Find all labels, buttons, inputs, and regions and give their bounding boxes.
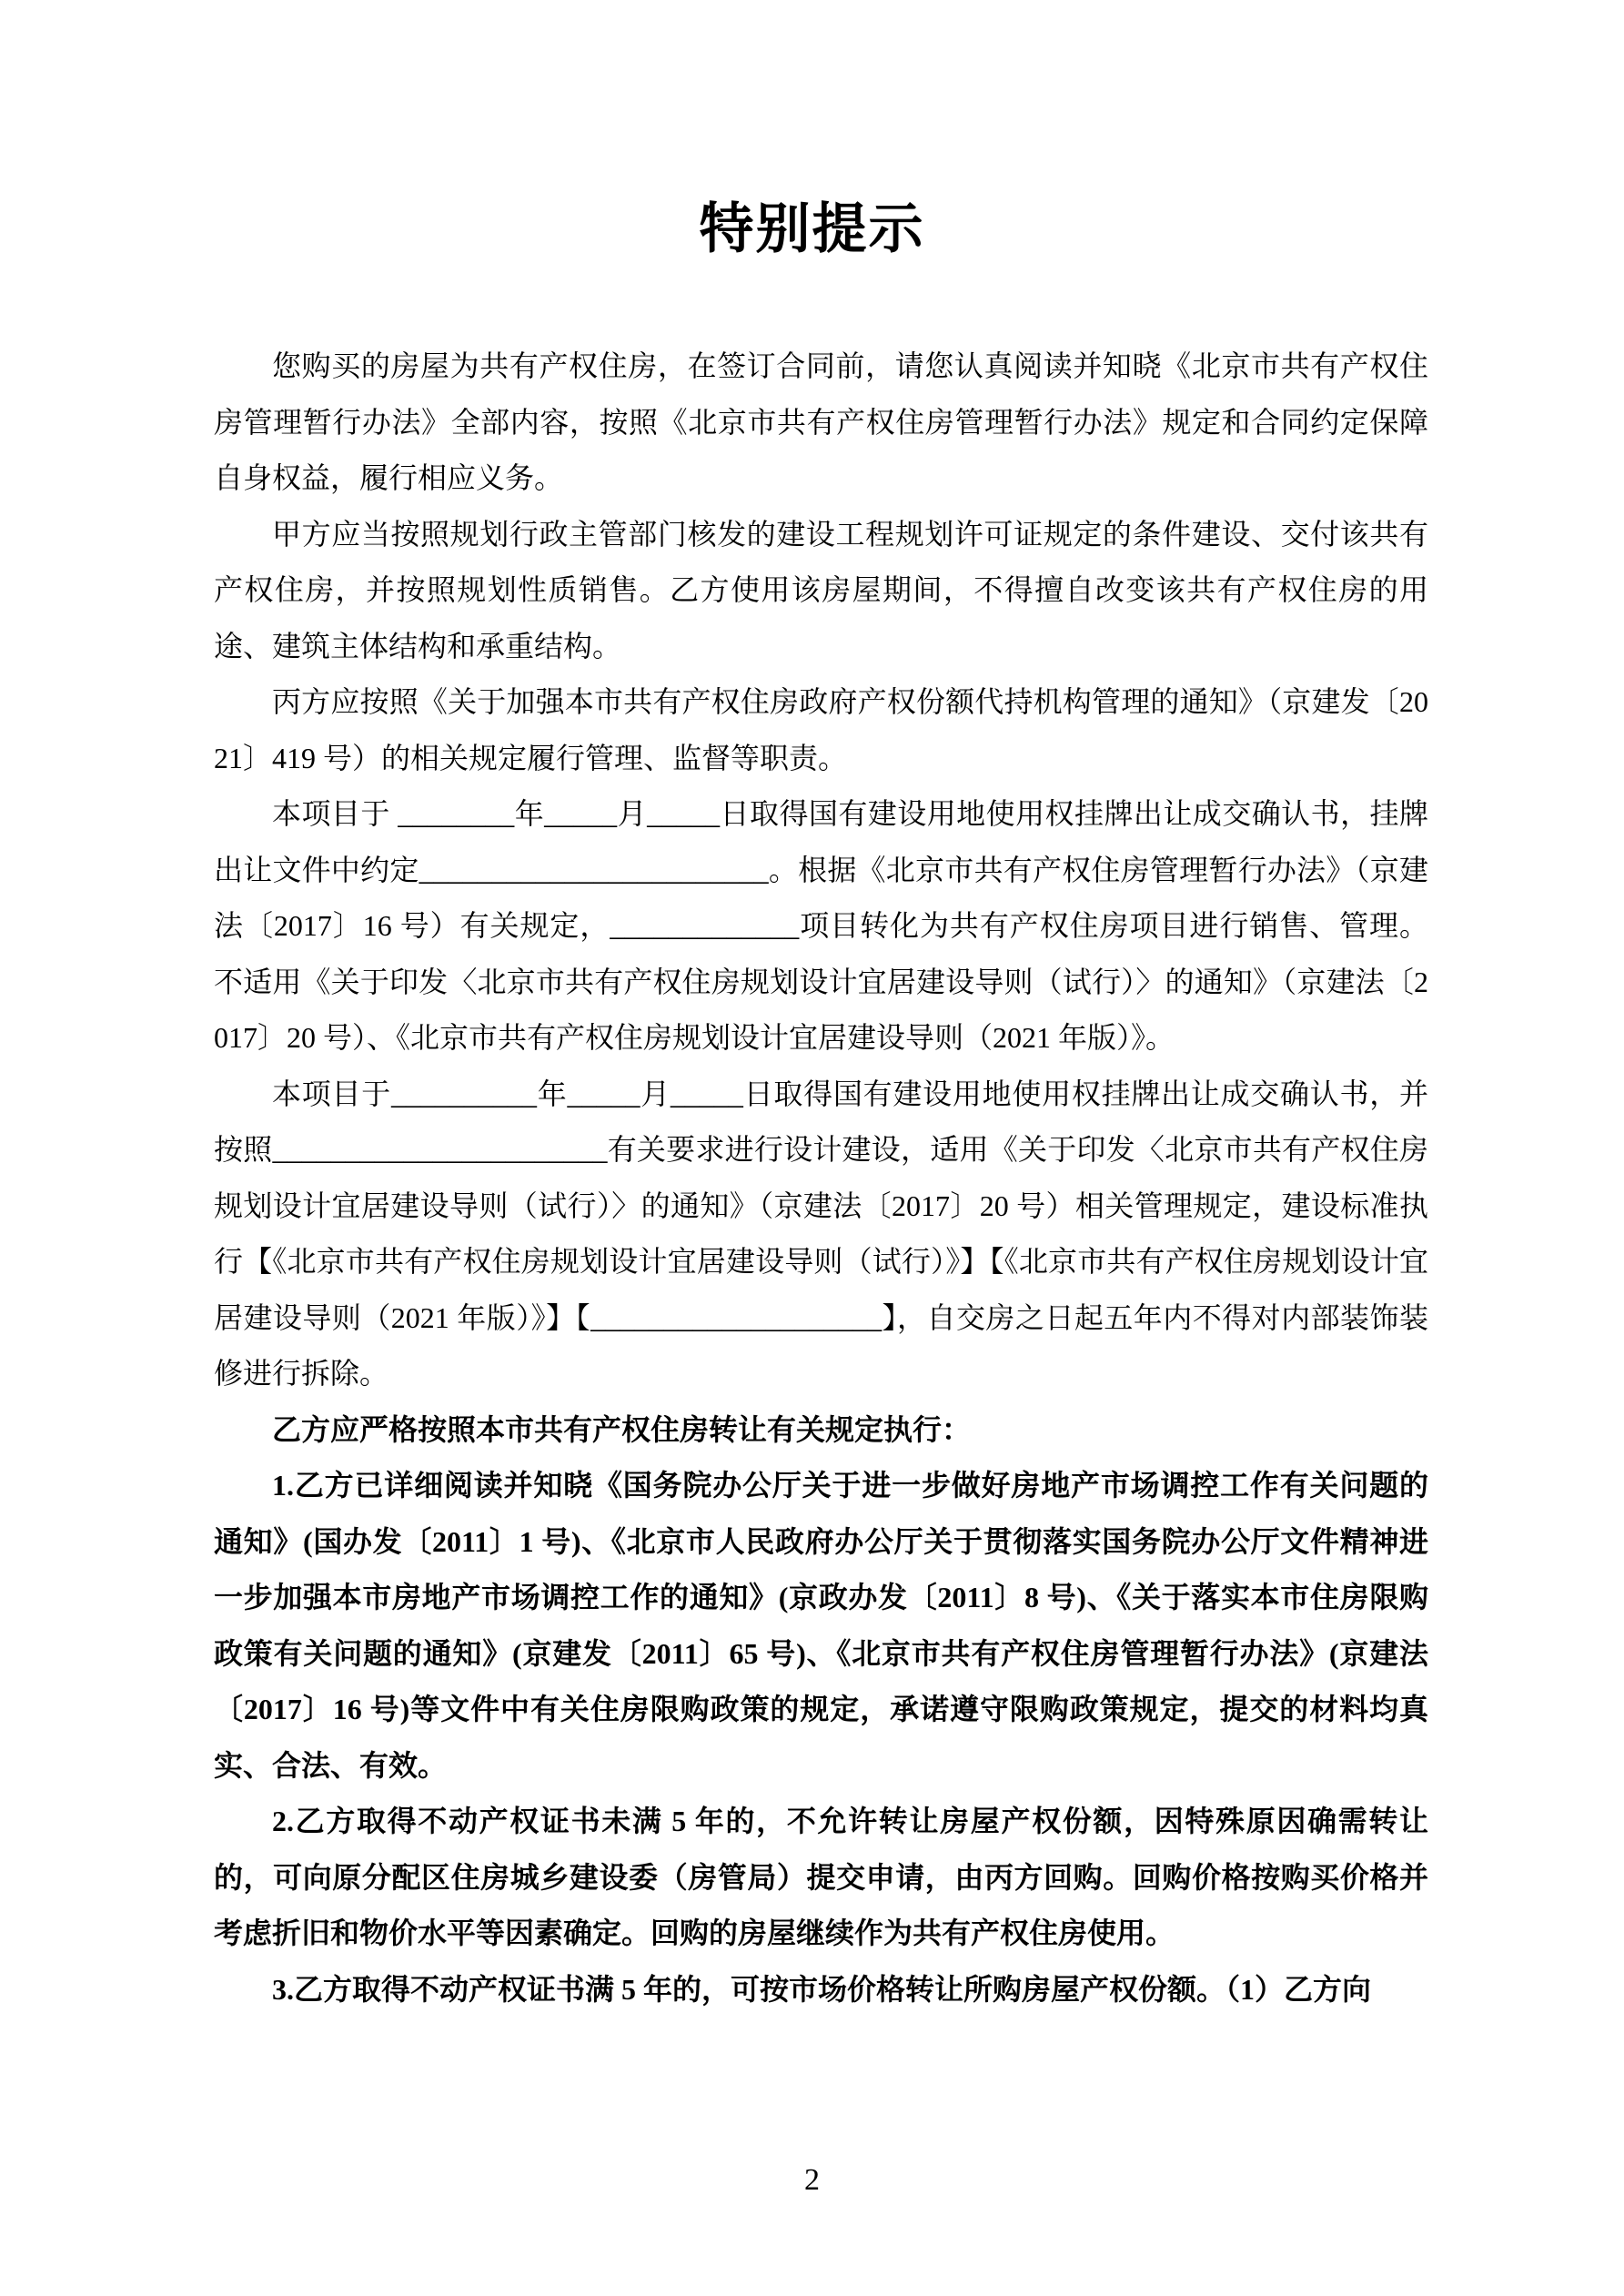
paragraph-transfer-rules-heading: 乙方应严格按照本市共有产权住房转让有关规定执行： xyxy=(214,1402,1428,1459)
document-page: 特别提示 您购买的房屋为共有产权住房，在签订合同前，请您认真阅读并知晓《北京市共… xyxy=(0,0,1624,2296)
paragraph-item-1-purchase-restriction-policies: 1.乙方已详细阅读并知晓《国务院办公厅关于进一步做好房地产市场调控工作有关问题的… xyxy=(214,1458,1428,1794)
paragraph-buyer-notice: 您购买的房屋为共有产权住房，在签订合同前，请您认真阅读并知晓《北京市共有产权住房… xyxy=(214,339,1428,507)
paragraph-item-3-over-5-years-transfer: 3.乙方取得不动产权证书满 5 年的，可按市场价格转让所购房屋产权份额。（1）乙… xyxy=(214,1962,1428,2018)
paragraph-party-a-obligations: 甲方应当按照规划行政主管部门核发的建设工程规划许可证规定的条件建设、交付该共有产… xyxy=(214,507,1428,675)
document-body: 您购买的房屋为共有产权住房，在签订合同前，请您认真阅读并知晓《北京市共有产权住房… xyxy=(214,339,1428,2018)
paragraph-item-2-under-5-years-transfer: 2.乙方取得不动产权证书未满 5 年的，不允许转让房屋产权份额，因特殊原因确需转… xyxy=(214,1794,1428,1962)
paragraph-project-design-standards-with-blanks: 本项目于__________年_____月_____日取得国有建设用地使用权挂牌… xyxy=(214,1067,1428,1402)
page-number: 2 xyxy=(0,2162,1624,2199)
paragraph-project-conversion-with-blanks: 本项目于 ________年_____月_____日取得国有建设用地使用权挂牌出… xyxy=(214,786,1428,1067)
paragraph-party-c-duties: 丙方应按照《关于加强本市共有产权住房政府产权份额代持机构管理的通知》（京建发〔2… xyxy=(214,674,1428,786)
document-title: 特别提示 xyxy=(0,197,1624,262)
